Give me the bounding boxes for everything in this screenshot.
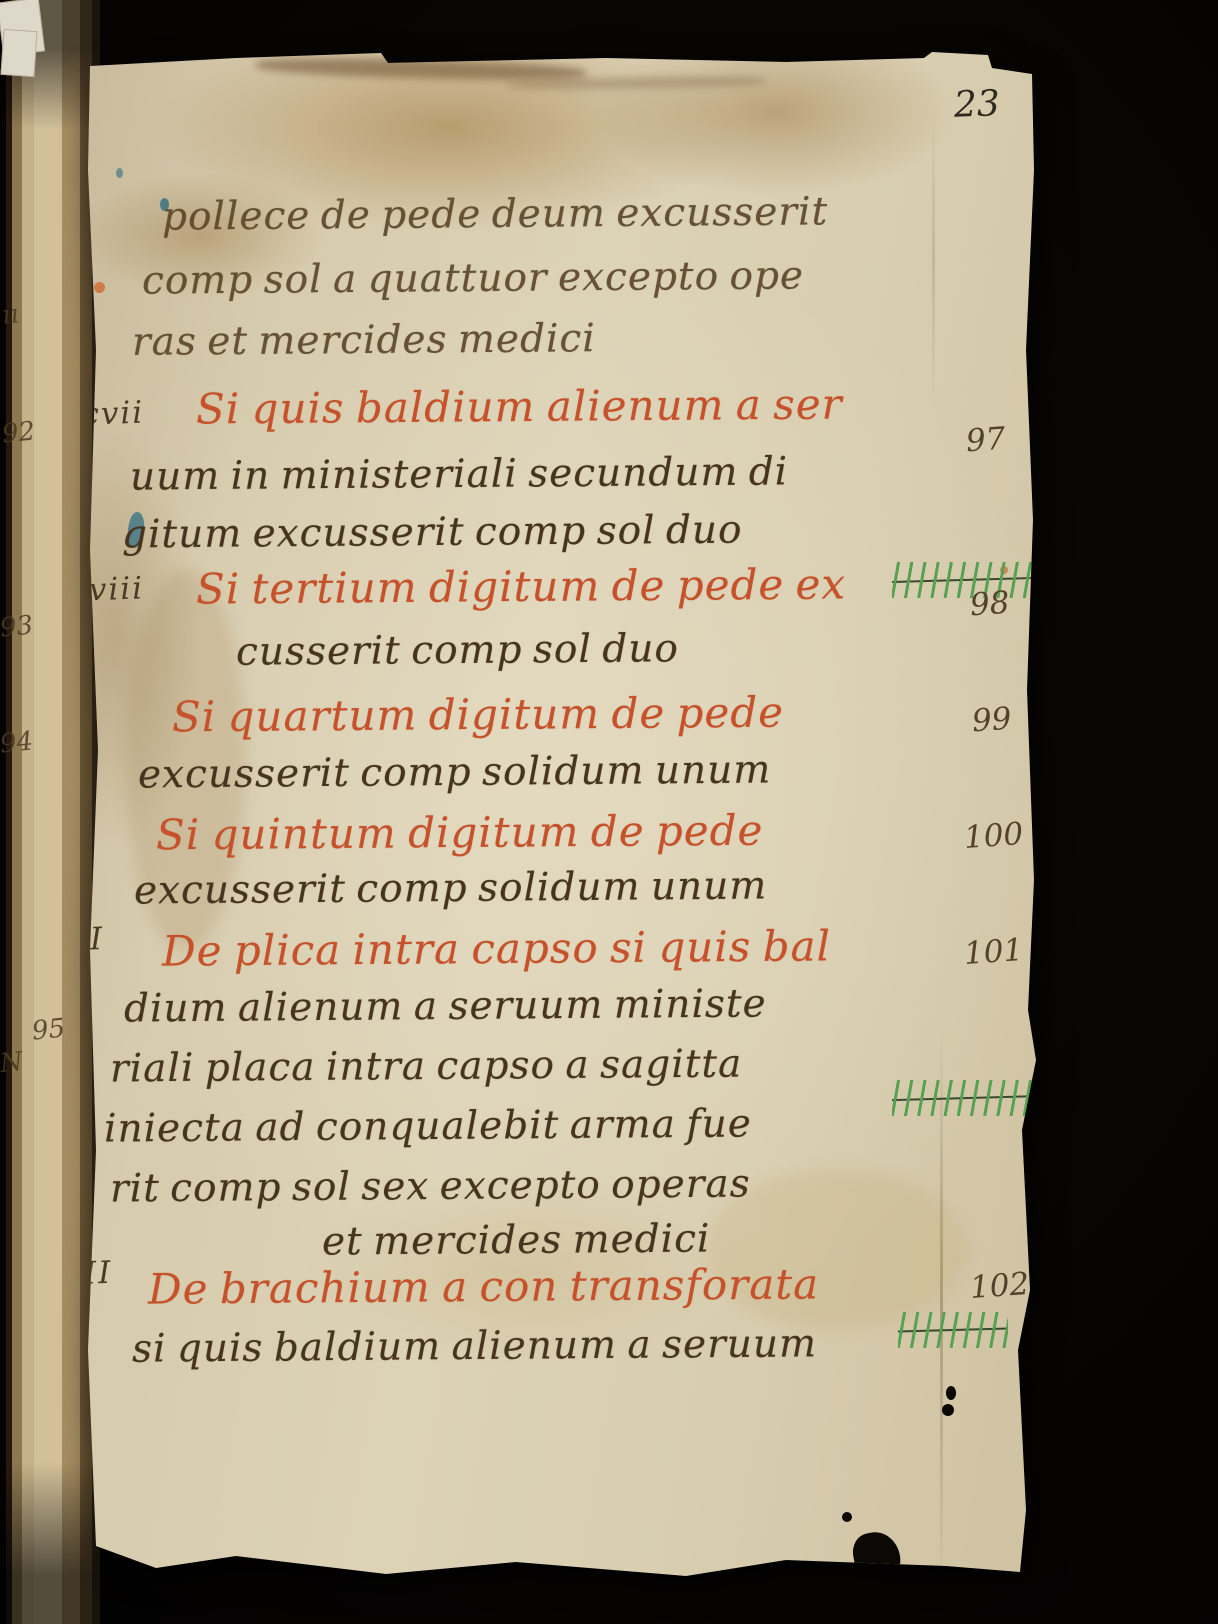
margin-number: 101 [963,932,1025,972]
manuscript-rubric-line: De plica intra capso si quis bal [162,921,831,975]
manuscript-rubric-line: Si quintum digitum de pede [156,806,764,860]
manuscript-line: et mercides medici [322,1216,711,1264]
ink-offset-smudge [256,56,586,83]
manuscript-line: cusserit comp sol duo [236,626,679,674]
manuscript-line: dium alienum a seruum ministe [124,981,767,1031]
manuscript-line: pollece de pede deum excusserit [162,189,829,239]
red-pigment-speck [94,282,105,293]
margin-number: 99 [971,701,1013,740]
manuscript-line: riali placa intra capso a sagitta [110,1042,743,1092]
green-thread-repair-icon [892,562,1034,598]
blue-pigment-speck [116,168,123,178]
green-thread-repair-icon [898,1312,1008,1348]
manuscript-rubric-line: Si quis baldium alienum a ser [196,379,843,433]
manuscript-line: iniecta ad conqualebit arma fue [104,1101,752,1151]
manuscript-line: gitum excusserit comp sol duo [122,508,743,558]
manuscript-rubric-line: De brachium a con transforata [148,1259,820,1313]
manuscript-line: rit comp sol sex excepto operas [110,1161,751,1211]
manuscript-line: comp sol a quattuor excepto ope [142,253,804,303]
manuscript-line: ras et mercides medici [132,316,596,365]
manuscript-rubric-line: Si quartum digitum de pede [172,688,784,742]
ink-blot [942,1404,954,1416]
ink-blot [946,1386,956,1400]
edge-folio-mark: ıı [0,299,20,331]
manuscript-line: uum in ministeriali secundum di [130,449,789,499]
paper-slip [0,29,37,77]
margin-number: 100 [963,816,1025,856]
edge-folio-letter: N [0,1047,24,1079]
gutter-shading [0,0,100,1624]
manuscript-line: excusserit comp solidum unum [134,864,768,914]
manuscript-line: si quis baldium alienum a seruum [132,1321,817,1371]
margin-number: 98 [969,585,1011,624]
folio-number: 23 [953,83,1000,126]
manuscript-photo: ıı 92 93 94 95 N 23 pollece de pede deum… [0,0,1218,1624]
edge-folio-number: 94 [0,726,35,759]
green-thread-repair-icon [892,1080,1042,1116]
manuscript-line: excusserit comp solidum unum [138,748,772,798]
margin-number: 97 [965,421,1007,460]
edge-folio-number: 93 [0,610,35,643]
edge-folio-number: 92 [1,416,37,449]
parchment-page: 23 pollece de pede deum excusserit comp … [86,50,1042,1596]
manuscript-rubric-line: Si tertium digitum de pede ex [196,559,846,613]
edge-folio-number: 95 [31,1013,67,1046]
ink-blot [842,1512,852,1522]
parchment-crease [932,110,935,410]
ink-blot [850,1528,904,1587]
parchment-surface: 23 pollece de pede deum excusserit comp … [86,50,1042,1596]
margin-number: 102 [969,1266,1031,1306]
